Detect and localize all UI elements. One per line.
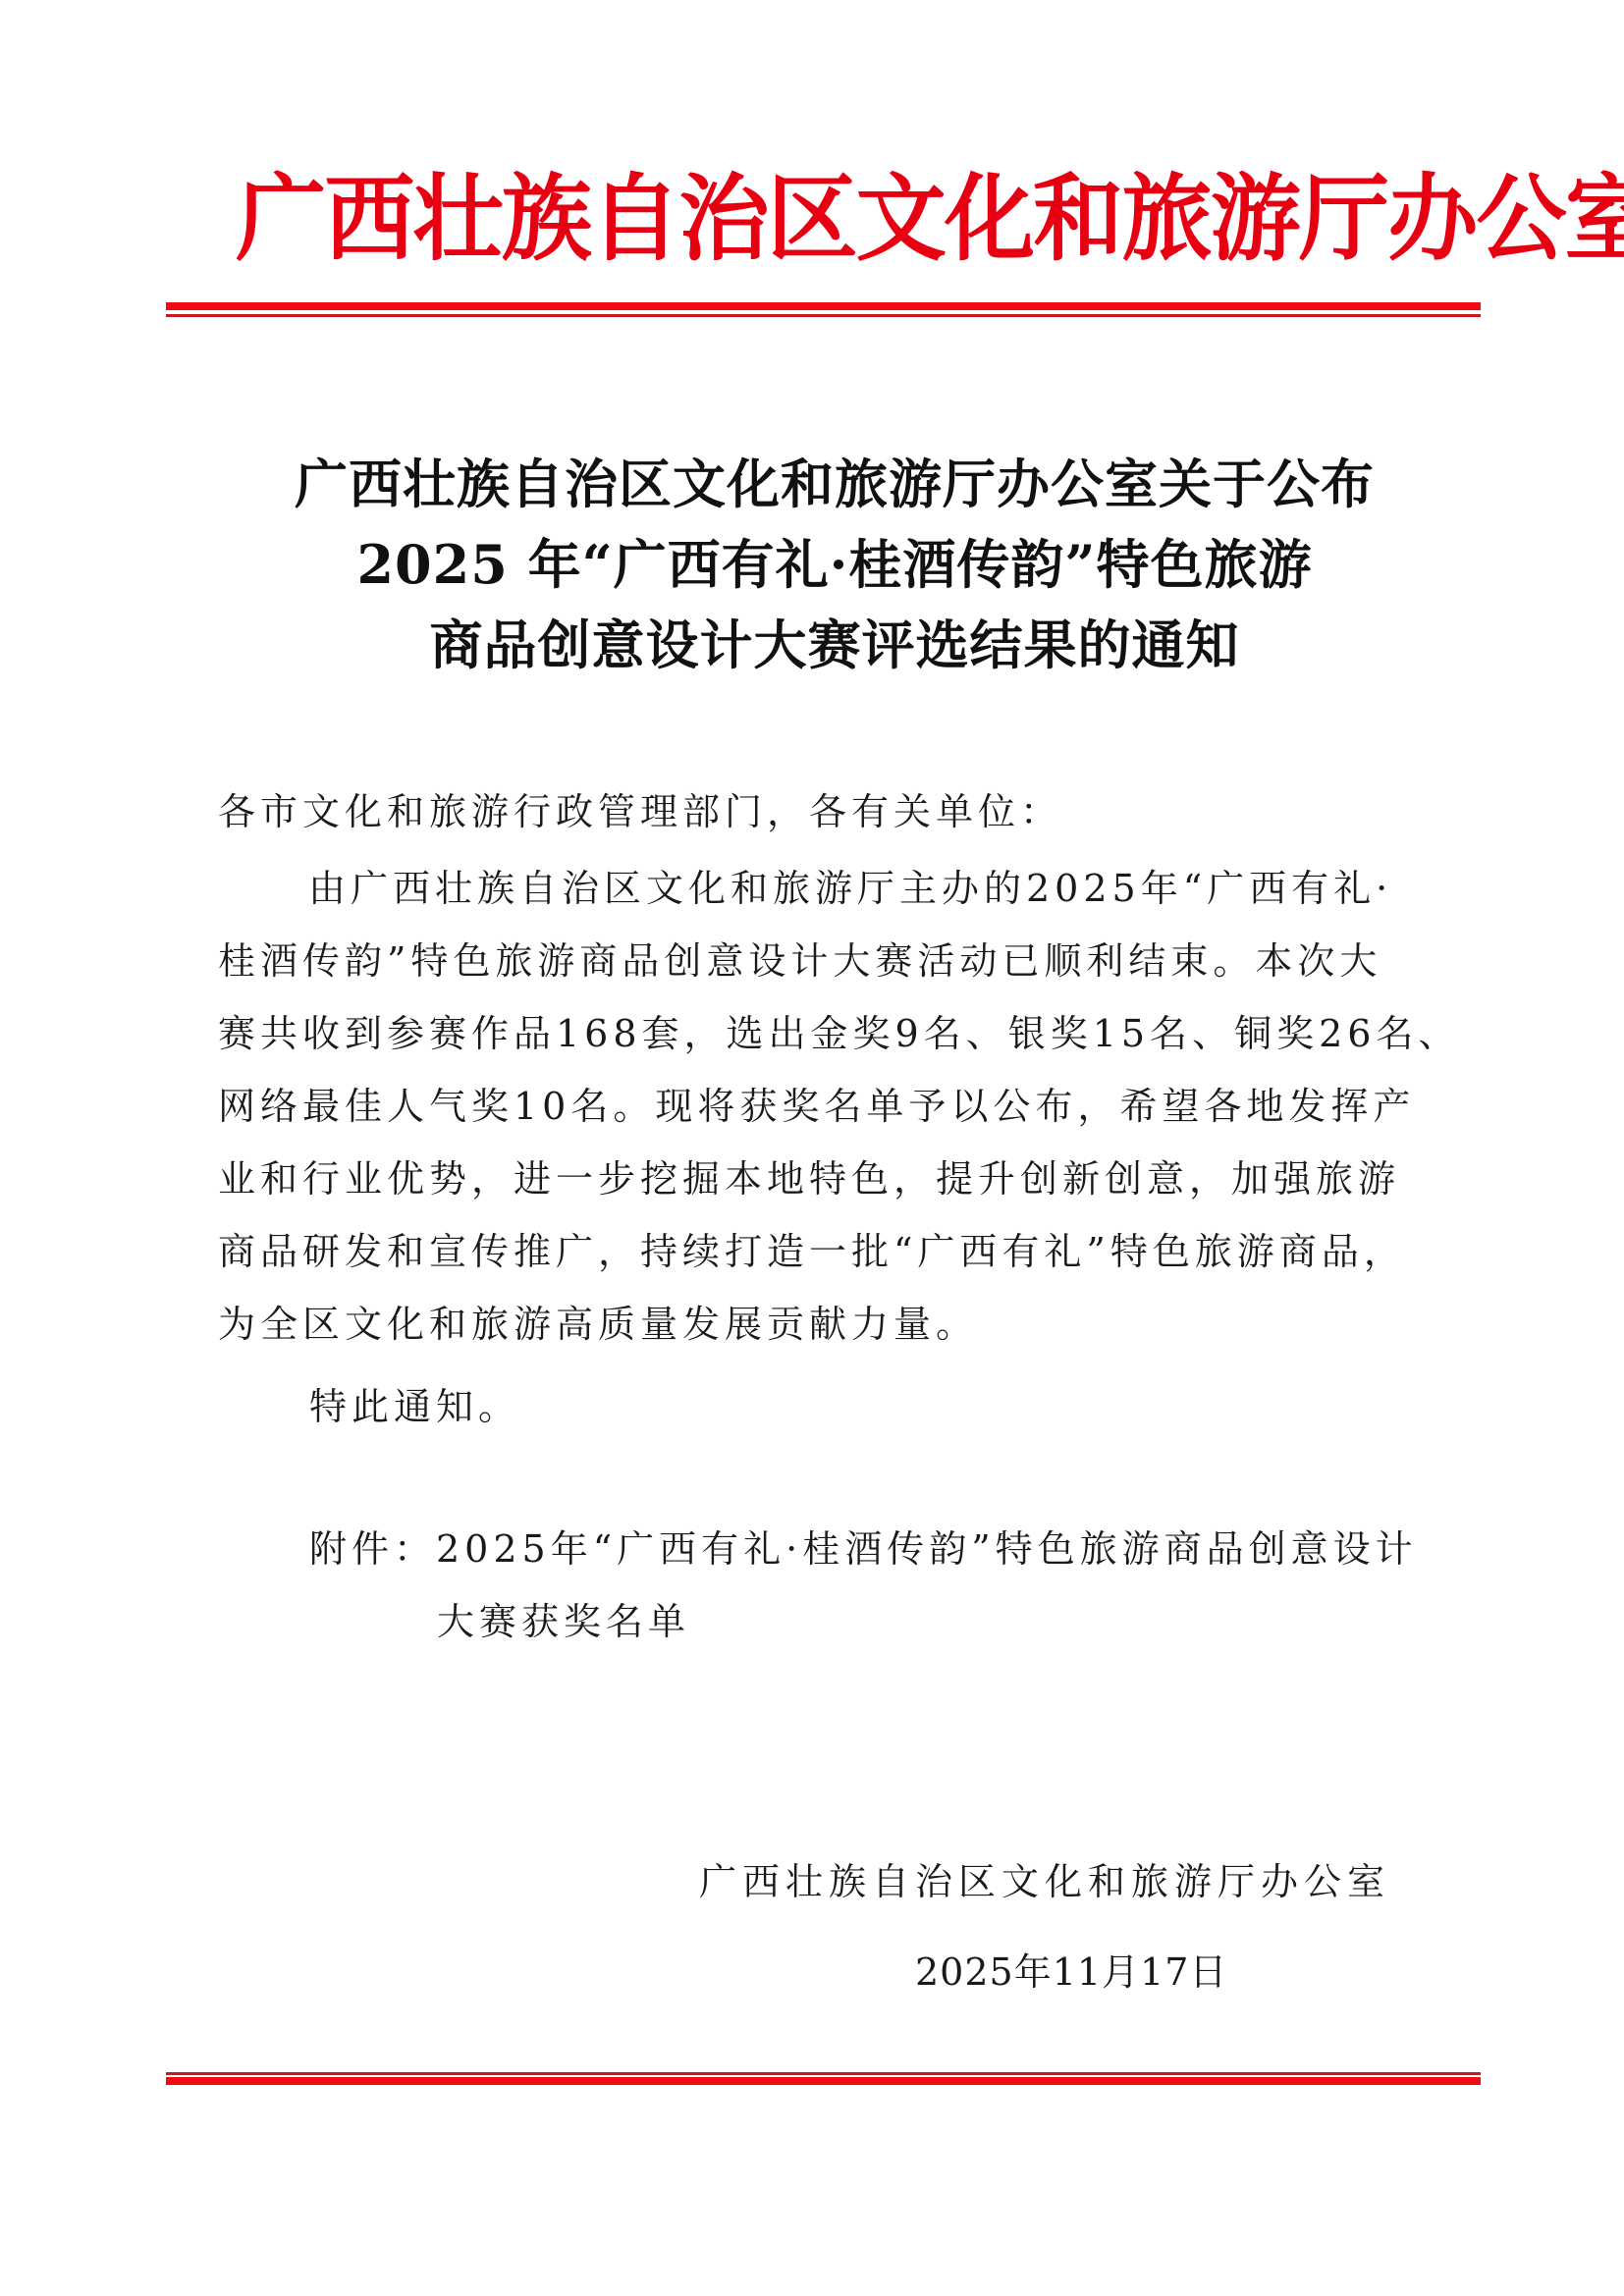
title-line: 商品创意设计大赛评选结果的通知 [196,605,1473,685]
header-divider [166,302,1481,318]
paragraph-line: 商品研发和宣传推广，持续打造一批“广西有礼”特色旅游商品， [218,1215,1460,1288]
salutation: 各市文化和旅游行政管理部门，各有关单位： [218,775,1062,848]
paragraph-line: 业和行业优势，进一步挖掘本地特色，提升创新创意，加强旅游 [218,1143,1460,1215]
attachment-line: 附件：2025年“广西有礼·桂酒传韵”特色旅游商品创意设计 [309,1513,1418,1585]
paragraph-line: 赛共收到参赛作品168套，选出金奖9名、银奖15名、铜奖26名、 [218,997,1460,1070]
signature-issuer: 广西壮族自治区文化和旅游厅办公室 [699,1845,1390,1918]
document-title: 广西壮族自治区文化和旅游厅办公室关于公布 2025 年“广西有礼·桂酒传韵”特色… [196,444,1473,685]
title-line: 2025 年“广西有礼·桂酒传韵”特色旅游 [196,524,1473,605]
attachment-line: 大赛获奖名单 [309,1585,1418,1658]
paragraph-line: 网络最佳人气奖10名。现将获奖名单予以公布，希望各地发挥产 [218,1070,1460,1143]
header-divider-thin [166,314,1481,317]
attachment-note: 附件：2025年“广西有礼·桂酒传韵”特色旅游商品创意设计 大赛获奖名单 [309,1513,1418,1658]
paragraph-line: 桂酒传韵”特色旅游商品创意设计大赛活动已顺利结束。本次大 [218,925,1460,997]
footer-divider-thick [166,2077,1481,2085]
closing-remark: 特此通知。 [309,1370,520,1443]
paragraph-line: 为全区文化和旅游高质量发展贡献力量。 [218,1288,1460,1361]
paragraph-line: 由广西壮族自治区文化和旅游厅主办的2025年“广西有礼· [218,852,1460,925]
body-paragraph: 由广西壮族自治区文化和旅游厅主办的2025年“广西有礼· 桂酒传韵”特色旅游商品… [218,852,1460,1361]
footer-divider-thin [166,2072,1481,2075]
document-page: 广西壮族自治区文化和旅游厅办公室 广西壮族自治区文化和旅游厅办公室关于公布 20… [0,0,1624,2296]
issuer-header: 广西壮族自治区文化和旅游厅办公室 [236,162,1380,275]
footer-divider [166,2072,1481,2088]
signature-date: 2025年11月17日 [915,1936,1227,2008]
header-divider-thick [166,302,1481,310]
title-line: 广西壮族自治区文化和旅游厅办公室关于公布 [196,444,1473,524]
